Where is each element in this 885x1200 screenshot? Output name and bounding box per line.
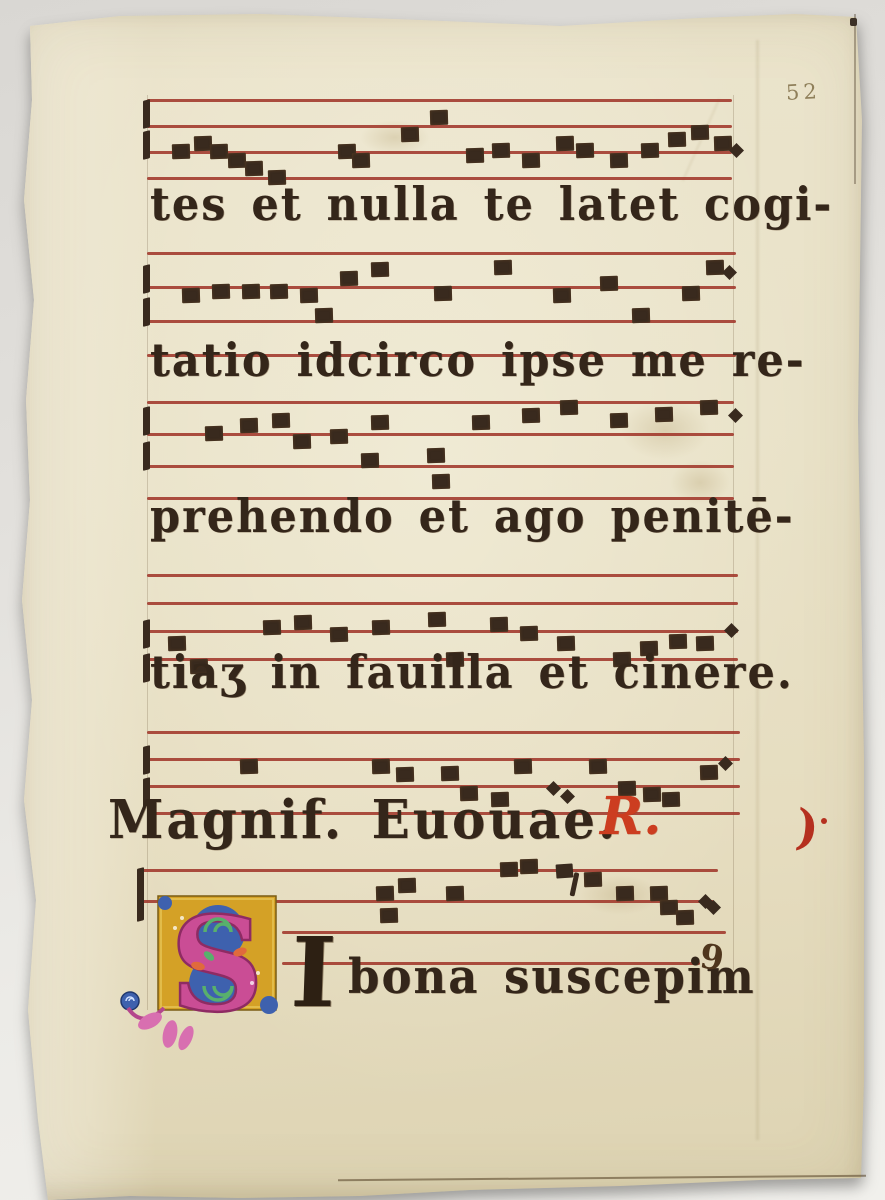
neume [691, 125, 709, 140]
neume [270, 284, 288, 299]
neume [520, 626, 538, 641]
neume [722, 265, 737, 280]
neume [560, 400, 578, 415]
neume [361, 453, 379, 468]
staff-line [147, 465, 734, 468]
neume [315, 308, 333, 323]
neume [240, 418, 258, 433]
neume [706, 260, 724, 275]
neume [143, 619, 150, 649]
neume [427, 448, 445, 463]
neume [576, 143, 594, 158]
margin-mark-dot [821, 818, 827, 824]
neume [182, 288, 200, 303]
neume [372, 620, 390, 635]
staff-line [147, 731, 740, 734]
neume [676, 910, 694, 925]
illuminated-initial: S [112, 888, 292, 1063]
neume [522, 153, 540, 168]
staff-line [282, 931, 726, 934]
neume [655, 407, 673, 422]
neume [172, 144, 190, 159]
neume [492, 143, 510, 158]
neume [376, 886, 394, 901]
neume [500, 862, 518, 877]
neume [212, 284, 230, 299]
neume [494, 260, 512, 275]
corner-speck [850, 18, 857, 26]
chant-text-line-1: tes et nulla te latet cogi- [150, 179, 833, 232]
neume [668, 132, 686, 147]
neume [371, 262, 389, 277]
chant-text-line-4: tiaʒ in fauilla et cinere. [150, 647, 794, 700]
neume [401, 127, 419, 142]
response-mark: R. [600, 786, 661, 847]
neume [682, 286, 700, 301]
right-edge-line [854, 14, 856, 184]
folio-number: 52 [785, 79, 821, 105]
neume [700, 765, 718, 780]
neume [143, 406, 150, 436]
neume [398, 878, 416, 893]
initial-letter-glyph: S [170, 888, 264, 1041]
chant-text-line-3: prehendo et ago penitē- [150, 491, 795, 544]
neume [428, 612, 446, 627]
neume [553, 288, 571, 303]
neume [372, 759, 390, 774]
neume [143, 745, 150, 775]
neume [396, 767, 414, 782]
neume [632, 308, 650, 323]
manuscript-photo: 52 tes et nulla te latet cogi- tatio idc… [0, 0, 885, 1200]
neume [380, 908, 398, 923]
neume [662, 792, 680, 807]
neume [616, 886, 634, 901]
neume [263, 620, 281, 635]
neume [210, 144, 228, 159]
neume [300, 288, 318, 303]
neume [556, 136, 574, 151]
chant-text-line-6: bona suscepim [348, 948, 756, 1004]
bottom-edge-line [338, 1175, 866, 1182]
neume [520, 859, 538, 874]
neume [589, 759, 607, 774]
staff-line [147, 125, 732, 128]
staff-line [147, 758, 740, 761]
staff-line [147, 99, 732, 102]
neume [650, 886, 668, 901]
magnificat-rubric: Magnif. Euouae. [108, 788, 618, 851]
staff-line [147, 401, 734, 404]
neume [714, 136, 732, 151]
neume [466, 148, 484, 163]
neume [610, 413, 628, 428]
neume [330, 429, 348, 444]
neume [340, 271, 358, 286]
neume [352, 153, 370, 168]
neume [641, 143, 659, 158]
neume [143, 441, 150, 471]
staff-line [140, 869, 718, 872]
neume [242, 284, 260, 299]
neume [522, 408, 540, 423]
neume [724, 623, 739, 638]
neume [728, 408, 743, 423]
neume [240, 759, 258, 774]
neume [434, 286, 452, 301]
neume [441, 766, 459, 781]
chant-text-line-2: tatio idcirco ipse me re- [150, 335, 806, 388]
neume [228, 153, 246, 168]
neume [143, 264, 150, 294]
neume [371, 415, 389, 430]
staff-line [147, 602, 738, 605]
leaf-content: 52 tes et nulla te latet cogi- tatio idc… [0, 0, 885, 1200]
neume [294, 615, 312, 630]
neume [700, 400, 718, 415]
neume [272, 413, 290, 428]
neume [205, 426, 223, 441]
margin-mark: ) [793, 799, 821, 857]
left-ruling-guide [147, 95, 148, 1010]
neume [472, 415, 490, 430]
neume [330, 627, 348, 642]
neume [446, 886, 464, 901]
versal-letter-I: I [289, 916, 340, 1029]
neume [293, 434, 311, 449]
neume [610, 153, 628, 168]
staff-line [147, 433, 734, 436]
neume [584, 872, 602, 887]
neume [245, 161, 263, 176]
neume [143, 653, 150, 683]
neume [143, 130, 150, 160]
neume [600, 276, 618, 291]
neume [143, 297, 150, 327]
neume [430, 110, 448, 125]
staff-line [147, 574, 738, 577]
neume [432, 474, 450, 489]
neume [143, 99, 150, 129]
neume [556, 863, 574, 878]
neume [490, 617, 508, 632]
staff-line [147, 630, 738, 633]
staff-line [147, 252, 736, 255]
initial-artwork: S [112, 888, 292, 1063]
neume [514, 759, 532, 774]
